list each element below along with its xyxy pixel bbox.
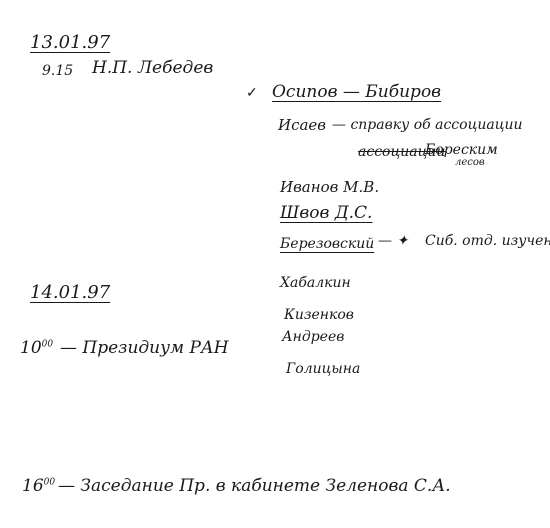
entry-text-2: — Президиум РАН [60, 340, 229, 357]
check-mark-icon: ✓ [246, 86, 258, 100]
line1-name: Исаев [278, 118, 326, 133]
footer-time: 1600 [22, 478, 55, 495]
name-2: Швов Д.С. [280, 205, 372, 222]
line1-note: — справку об ассоциации [332, 118, 523, 132]
entry-date-1: 13.01.97 [30, 34, 110, 52]
entry-time-1: 9.15 [42, 64, 73, 78]
line2-note: Бореским [425, 143, 498, 157]
entry-text-1: Н.П. Лебедев [92, 60, 213, 77]
name-7: Голицына [286, 362, 360, 376]
name-1: Иванов М.В. [280, 180, 379, 195]
name-5: Кизенков [284, 308, 354, 322]
note-text: Сиб. отд. изучен [425, 234, 550, 248]
name-4: Хабалкин [280, 276, 351, 290]
name-6: Андреев [282, 330, 344, 344]
footer-text: — Заседание Пр. в кабинете Зеленова С.А. [58, 478, 451, 495]
entry-time-2: 1000 [20, 340, 53, 357]
name-3: Березовский [280, 237, 374, 251]
note-sign: — ✦ [378, 234, 408, 248]
entry-date-2: 14.01.97 [30, 284, 110, 302]
line2-sub: лесов [455, 158, 485, 168]
heading: Осипов — Бибиров [272, 84, 441, 101]
